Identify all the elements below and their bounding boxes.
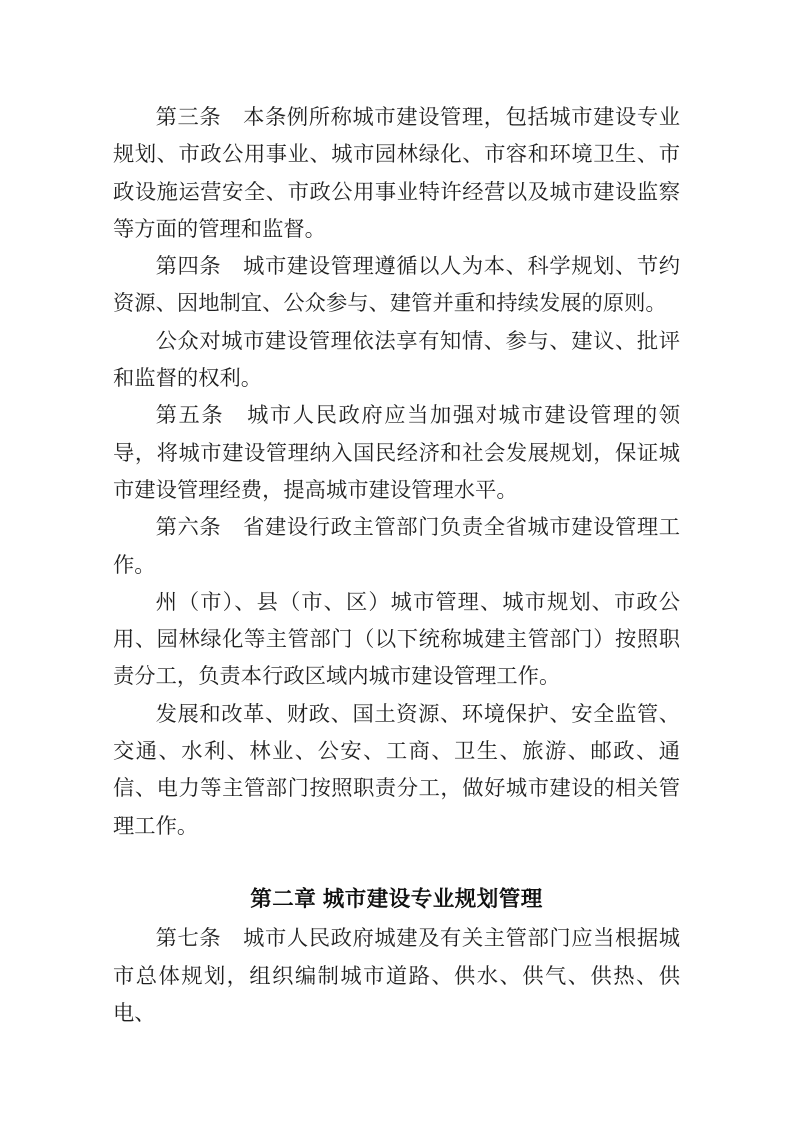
paragraph-article-4: 第四条 城市建设管理遵循以人为本、科学规划、节约资源、因地制宜、公众参与、建管并… bbox=[113, 248, 680, 323]
paragraph-article-3: 第三条 本条例所称城市建设管理，包括城市建设专业规划、市政公用事业、城市园林绿化… bbox=[113, 99, 680, 248]
paragraph-article-6-other-departments: 发展和改革、财政、国土资源、环境保护、安全监管、交通、水利、林业、公安、工商、卫… bbox=[113, 696, 680, 845]
chapter-heading: 第二章 城市建设专业规划管理 bbox=[113, 881, 680, 918]
document-page: 第三条 本条例所称城市建设管理，包括城市建设专业规划、市政公用事业、城市园林绿化… bbox=[0, 0, 793, 1122]
paragraph-article-7: 第七条 城市人民政府城建及有关主管部门应当根据城市总体规划，组织编制城市道路、供… bbox=[113, 920, 680, 1032]
paragraph-article-5: 第五条 城市人民政府应当加强对城市建设管理的领导，将城市建设管理纳入国民经济和社… bbox=[113, 397, 680, 509]
paragraph-article-4-public-rights: 公众对城市建设管理依法享有知情、参与、建议、批评和监督的权利。 bbox=[113, 323, 680, 398]
paragraph-article-6: 第六条 省建设行政主管部门负责全省城市建设管理工作。 bbox=[113, 509, 680, 584]
paragraph-article-6-local-departments: 州（市）、县（市、区）城市管理、城市规划、市政公用、园林绿化等主管部门（以下统称… bbox=[113, 584, 680, 696]
document-content: 第三条 本条例所称城市建设管理，包括城市建设专业规划、市政公用事业、城市园林绿化… bbox=[113, 99, 680, 1032]
